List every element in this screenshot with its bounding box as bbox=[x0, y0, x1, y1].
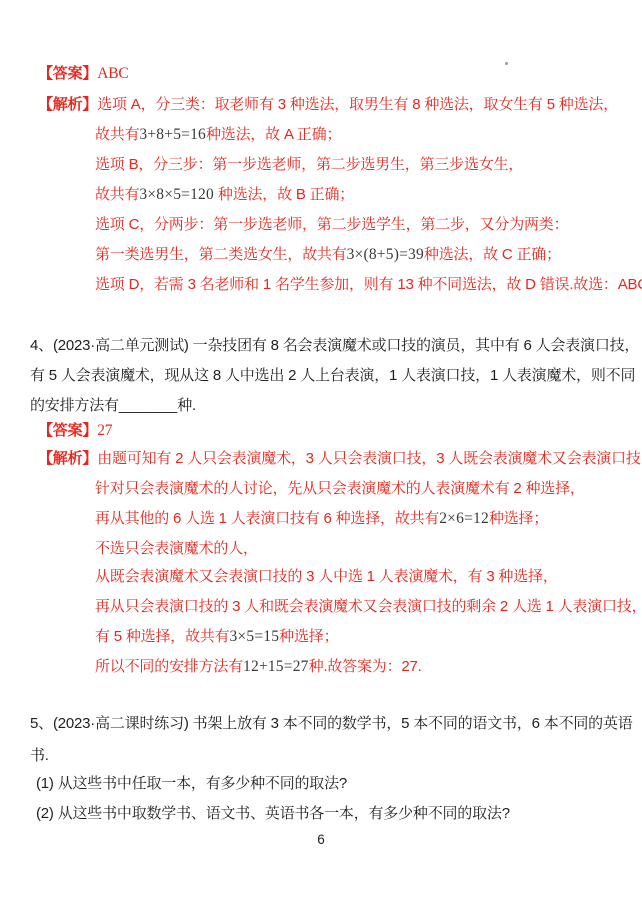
section-label: 【解析】 bbox=[38, 450, 97, 467]
math-formula: 12+15=27 bbox=[243, 658, 309, 675]
text-segment: 第一类选男生，第二类选女生，故共有 bbox=[95, 246, 347, 263]
text-segment: 5、(2023·高二课时练习) 书架上放有 3 本不同的数学书，5 本不同的语文… bbox=[30, 715, 633, 732]
q3-analysis-line-6: 第一类选男生，第二类选女生，故共有3×(8+5)=39种选法，故 C 正确； bbox=[95, 245, 561, 264]
q3-analysis-line-1: 【解析】选项 A，分三类：取老师有 3 种选法，取男生有 8 种选法，取女生有 … bbox=[38, 95, 618, 114]
q5-question-line-1: 5、(2023·高二课时练习) 书架上放有 3 本不同的数学书，5 本不同的语文… bbox=[30, 714, 633, 733]
text-segment: 书. bbox=[30, 747, 49, 764]
q4-question-line-3: 的安排方法有_______种. bbox=[30, 396, 196, 415]
text-segment: 不选只会表演魔术的人， bbox=[95, 540, 258, 557]
text-segment: 从既会表演魔术又会表演口技的 3 人中选 1 人表演魔术，有 3 种选择， bbox=[95, 568, 558, 585]
document-page: 【答案】ABC【解析】选项 A，分三类：取老师有 3 种选法，取男生有 8 种选… bbox=[0, 0, 642, 907]
q5-subquestion-1: (1) 从这些书中任取一本，有多少种不同的取法? bbox=[36, 774, 347, 793]
answer-value: 27 bbox=[97, 422, 112, 439]
text-segment: 针对只会表演魔术的人讨论，先从只会表演魔术的人表演魔术有 2 种选择， bbox=[95, 480, 585, 497]
text-segment: 种选择； bbox=[279, 628, 338, 645]
text-segment: 选项 C，分两步：第一步选老师，第二步选学生，第二步，又分为两类： bbox=[95, 216, 568, 233]
text-segment: 选项 B，分三步：第一步选老师，第二步选男生，第三步选女生， bbox=[95, 156, 523, 173]
text-segment: 4、(2023·高二单元测试) 一杂技团有 8 名会表演魔术或口技的演员，其中有… bbox=[30, 337, 639, 354]
q4-analysis-line-3: 再从其他的 6 人选 1 人表演口技有 6 种选择，故共有2×6=12种选择； bbox=[95, 509, 548, 528]
text-segment: 选项 A，分三类：取老师有 3 种选法，取男生有 8 种选法，取女生有 5 种选… bbox=[97, 96, 618, 113]
text-segment: 再从只会表演口技的 3 人和既会表演魔术又会表演口技的剩余 2 人选 1 人表演… bbox=[95, 598, 642, 615]
answer-value: ABC bbox=[97, 65, 128, 82]
q4-analysis-line-7: 有 5 种选择，故共有3×5=15种选择； bbox=[95, 627, 338, 646]
text-segment: 种. bbox=[177, 397, 196, 414]
q4-question-line-2: 有 5 人会表演魔术，现从这 8 人中选出 2 人上台表演，1 人表演口技，1 … bbox=[30, 366, 635, 385]
q4-answer-line: 【答案】27 bbox=[38, 421, 112, 440]
text-segment: (2) 从这些书中取数学书、语文书、英语书各一本，有多少种不同的取法? bbox=[36, 805, 510, 822]
text-segment: 有 5 种选择，故共有 bbox=[95, 628, 229, 645]
math-formula: 3×8×5=120 bbox=[139, 186, 214, 203]
q4-analysis-line-2: 针对只会表演魔术的人讨论，先从只会表演魔术的人表演魔术有 2 种选择， bbox=[95, 479, 585, 498]
text-segment: (1) 从这些书中任取一本，有多少种不同的取法? bbox=[36, 775, 347, 792]
q3-answer-line: 【答案】ABC bbox=[38, 64, 128, 83]
text-segment: 的安排方法有 bbox=[30, 397, 119, 414]
math-formula: 3+8+5=16 bbox=[139, 126, 206, 143]
section-label: 【解析】 bbox=[38, 96, 97, 113]
text-segment: 再从其他的 6 人选 1 人表演口技有 6 种选择，故共有 bbox=[95, 510, 439, 527]
q5-subquestion-2: (2) 从这些书中取数学书、语文书、英语书各一本，有多少种不同的取法? bbox=[36, 804, 510, 823]
text-segment: 种选法，故 A 正确； bbox=[206, 126, 341, 143]
q3-analysis-line-5: 选项 C，分两步：第一步选老师，第二步选学生，第二步，又分为两类： bbox=[95, 215, 568, 234]
text-segment: 种选择； bbox=[489, 510, 548, 527]
q3-analysis-line-4: 故共有3×8×5=120 种选法，故 B 正确； bbox=[95, 185, 354, 204]
text-segment: 故共有 bbox=[95, 126, 139, 143]
page-number: 6 bbox=[0, 832, 642, 847]
q4-analysis-line-4: 不选只会表演魔术的人， bbox=[95, 539, 258, 558]
text-segment: 故共有 bbox=[95, 186, 139, 203]
text-segment: 种.故答案为：27. bbox=[309, 658, 422, 675]
stray-mark bbox=[505, 62, 508, 65]
q4-analysis-line-1: 【解析】由题可知有 2 人只会表演魔术，3 人只会表演口技，3 人既会表演魔术又… bbox=[38, 449, 642, 468]
blank-underline: _______ bbox=[119, 397, 177, 414]
text-segment: 选项 D，若需 3 名老师和 1 名学生参加，则有 13 种不同选法，故 D 错… bbox=[95, 276, 642, 293]
q4-analysis-line-5: 从既会表演魔术又会表演口技的 3 人中选 1 人表演魔术，有 3 种选择， bbox=[95, 567, 558, 586]
q3-analysis-line-7: 选项 D，若需 3 名老师和 1 名学生参加，则有 13 种不同选法，故 D 错… bbox=[95, 275, 642, 294]
math-formula: 2×6=12 bbox=[439, 510, 489, 527]
section-label: 【答案】 bbox=[38, 65, 97, 82]
q4-question-line-1: 4、(2023·高二单元测试) 一杂技团有 8 名会表演魔术或口技的演员，其中有… bbox=[30, 336, 639, 355]
q4-analysis-line-6: 再从只会表演口技的 3 人和既会表演魔术又会表演口技的剩余 2 人选 1 人表演… bbox=[95, 597, 642, 616]
q3-analysis-line-2: 故共有3+8+5=16种选法，故 A 正确； bbox=[95, 125, 341, 144]
q5-question-line-2: 书. bbox=[30, 746, 49, 765]
text-segment: 种选法，故 B 正确； bbox=[214, 186, 354, 203]
q4-analysis-line-8: 所以不同的安排方法有12+15=27种.故答案为：27. bbox=[95, 657, 422, 676]
q3-analysis-line-3: 选项 B，分三步：第一步选老师，第二步选男生，第三步选女生， bbox=[95, 155, 523, 174]
text-segment: 由题可知有 2 人只会表演魔术，3 人只会表演口技，3 人既会表演魔术又会表演口… bbox=[97, 450, 642, 467]
text-segment: 种选法，故 C 正确； bbox=[424, 246, 561, 263]
section-label: 【答案】 bbox=[38, 422, 97, 439]
math-formula: 3×5=15 bbox=[229, 628, 279, 645]
text-segment: 所以不同的安排方法有 bbox=[95, 658, 243, 675]
text-segment: 有 5 人会表演魔术，现从这 8 人中选出 2 人上台表演，1 人表演口技，1 … bbox=[30, 367, 635, 384]
math-formula: 3×(8+5)=39 bbox=[347, 246, 424, 263]
